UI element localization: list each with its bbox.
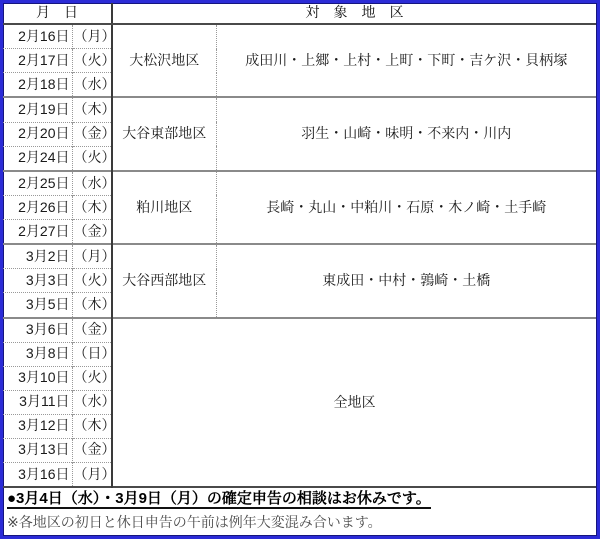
weekday-cell: （火） — [72, 146, 112, 171]
date-cell: 3月3日 — [3, 269, 72, 293]
areas-cell: 成田川・上郷・上村・上町・下町・吉ケ沢・貝柄塚 — [216, 24, 596, 97]
areas-cell: 東成田・中村・鶉崎・土橋 — [216, 244, 596, 317]
footer-holiday-row: ●3月4日（水）・3月9日（月）の確定申告の相談はお休みです。 — [3, 487, 596, 510]
date-cell: 2月18日 — [3, 73, 72, 98]
footer-note-row: ※各地区の初日と休日申告の午前は例年大変混み合います。 — [3, 510, 596, 535]
date-cell: 3月12日 — [3, 414, 72, 438]
schedule-row: 3月2日（月）大谷西部地区東成田・中村・鶉崎・土橋 — [3, 244, 596, 269]
areas-cell: 長崎・丸山・中粕川・石原・木ノ崎・土手崎 — [216, 171, 596, 244]
col-header-month-day: 月 日 — [3, 3, 112, 24]
weekday-cell: （木） — [72, 293, 112, 318]
date-cell: 3月16日 — [3, 462, 72, 487]
date-cell: 2月19日 — [3, 97, 72, 122]
date-cell: 3月13日 — [3, 438, 72, 462]
date-cell: 2月16日 — [3, 24, 72, 49]
weekday-cell: （木） — [72, 195, 112, 219]
weekday-cell: （水） — [72, 171, 112, 196]
weekday-cell: （月） — [72, 24, 112, 49]
weekday-cell: （金） — [72, 122, 112, 146]
district-cell: 粕川地区 — [112, 171, 216, 244]
schedule-row: 2月16日（月）大松沢地区成田川・上郷・上村・上町・下町・吉ケ沢・貝柄塚 — [3, 24, 596, 49]
date-cell: 2月26日 — [3, 195, 72, 219]
col-header-target-districts: 対 象 地 区 — [112, 3, 596, 24]
date-cell: 2月17日 — [3, 49, 72, 73]
weekday-cell: （火） — [72, 49, 112, 73]
district-cell: 大谷西部地区 — [112, 244, 216, 317]
schedule-body: 2月16日（月）大松沢地区成田川・上郷・上村・上町・下町・吉ケ沢・貝柄塚2月17… — [3, 24, 596, 487]
holiday-notice: ●3月4日（水）・3月9日（月）の確定申告の相談はお休みです。 — [3, 487, 596, 510]
weekday-cell: （月） — [72, 462, 112, 487]
date-cell: 3月5日 — [3, 293, 72, 318]
schedule-sheet: 月 日 対 象 地 区 2月16日（月）大松沢地区成田川・上郷・上村・上町・下町… — [0, 0, 600, 539]
schedule-row: 3月6日（金）全地区 — [3, 318, 596, 343]
weekday-cell: （水） — [72, 390, 112, 414]
header-row: 月 日 対 象 地 区 — [3, 3, 596, 24]
weekday-cell: （火） — [72, 269, 112, 293]
weekday-cell: （木） — [72, 97, 112, 122]
date-cell: 2月20日 — [3, 122, 72, 146]
crowding-note: ※各地区の初日と休日申告の午前は例年大変混み合います。 — [3, 510, 596, 535]
weekday-cell: （金） — [72, 318, 112, 343]
date-cell: 3月8日 — [3, 342, 72, 366]
weekday-cell: （金） — [72, 219, 112, 244]
weekday-cell: （月） — [72, 244, 112, 269]
date-cell: 2月25日 — [3, 171, 72, 196]
schedule-row: 2月19日（木）大谷東部地区羽生・山崎・味明・不来内・川内 — [3, 97, 596, 122]
consultation-schedule-table: 月 日 対 象 地 区 2月16日（月）大松沢地区成田川・上郷・上村・上町・下町… — [3, 3, 596, 535]
date-cell: 3月2日 — [3, 244, 72, 269]
date-cell: 3月6日 — [3, 318, 72, 343]
date-cell: 3月11日 — [3, 390, 72, 414]
holiday-notice-text: ●3月4日（水）・3月9日（月）の確定申告の相談はお休みです。 — [7, 490, 431, 509]
district-cell: 大松沢地区 — [112, 24, 216, 97]
weekday-cell: （日） — [72, 342, 112, 366]
district-cell: 大谷東部地区 — [112, 97, 216, 170]
date-cell: 3月10日 — [3, 366, 72, 390]
all-districts-cell: 全地区 — [112, 318, 596, 488]
date-cell: 2月27日 — [3, 219, 72, 244]
weekday-cell: （木） — [72, 414, 112, 438]
weekday-cell: （火） — [72, 366, 112, 390]
schedule-row: 2月25日（水）粕川地区長崎・丸山・中粕川・石原・木ノ崎・土手崎 — [3, 171, 596, 196]
weekday-cell: （水） — [72, 73, 112, 98]
date-cell: 2月24日 — [3, 146, 72, 171]
areas-cell: 羽生・山崎・味明・不来内・川内 — [216, 97, 596, 170]
weekday-cell: （金） — [72, 438, 112, 462]
